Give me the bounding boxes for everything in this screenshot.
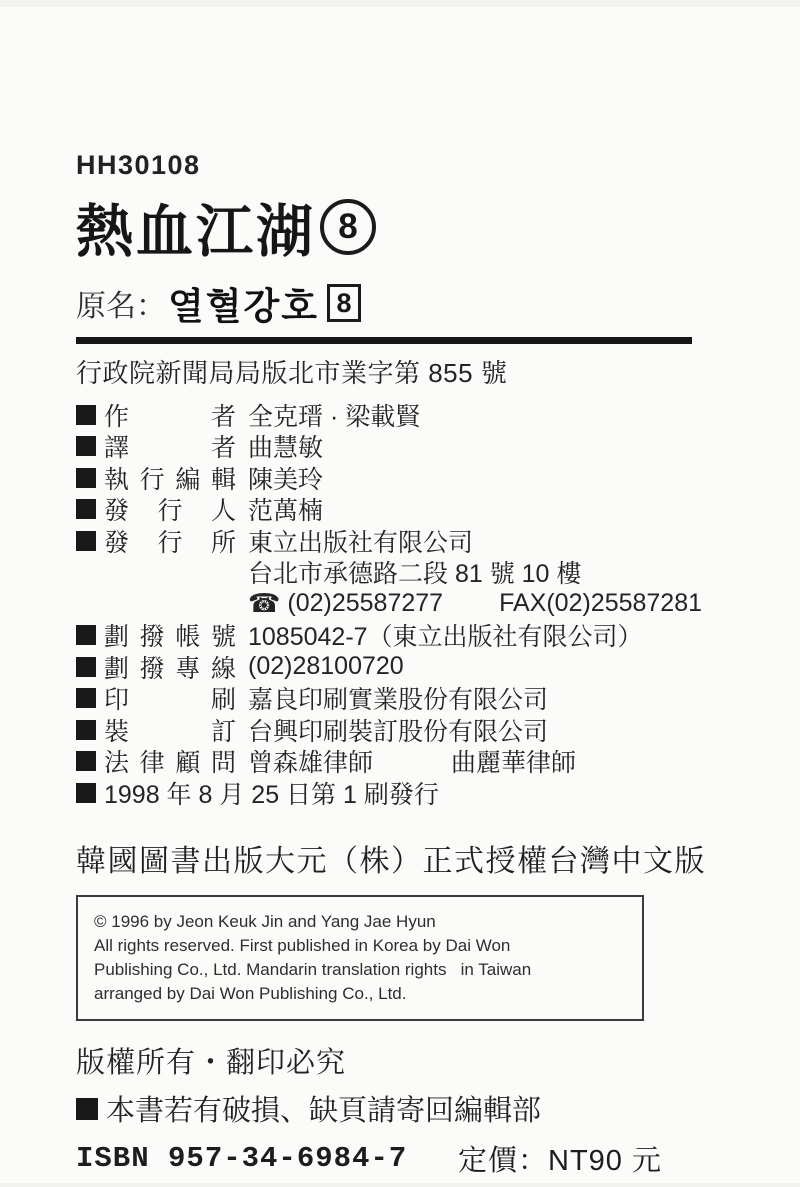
row-author: 作者 全克瑨 · 梁載賢 xyxy=(76,399,736,431)
row-value: 1085042-7（東立出版社有限公司） xyxy=(248,617,643,653)
copyright-line: All rights reserved. First published in … xyxy=(94,934,630,958)
square-bullet-icon xyxy=(76,405,96,425)
price: 定價：NT90 元 xyxy=(458,1138,662,1179)
square-bullet-icon xyxy=(76,1098,98,1120)
rights-statement: 版權所有・翻印必究 xyxy=(76,1040,736,1081)
copyright-line: Publishing Co., Ltd. Mandarin translatio… xyxy=(94,958,630,982)
volume-circle-badge: 8 xyxy=(320,199,376,255)
row-publication-date: 1998 年 8 月 25 日第 1 刷發行 xyxy=(76,777,736,809)
row-label: 發行所 xyxy=(104,523,236,559)
square-bullet-icon xyxy=(76,625,96,645)
square-bullet-icon xyxy=(76,688,96,708)
row-legal-advisors: 法律顧問 曾森雄律師 曲麗華律師 xyxy=(76,746,736,778)
colophon-page: HH30108 熱血江湖 8 原名： 열혈강호 8 行政院新聞局局版北市業字第 … xyxy=(0,0,800,1187)
book-title: 熱血江湖 xyxy=(76,186,316,268)
original-title-korean: 열혈강호 xyxy=(168,276,319,330)
authorization-line: 韓國圖書出版大元（株）正式授權台灣中文版 xyxy=(76,836,736,880)
book-title-line: 熱血江湖 8 xyxy=(76,186,736,268)
license-number: 行政院新聞局局版北市業字第 855 號 xyxy=(76,353,736,390)
square-bullet-icon xyxy=(76,468,96,488)
row-translator: 譯者 曲慧敏 xyxy=(76,431,736,463)
row-value: (02)28100720 xyxy=(248,652,404,681)
copyright-box: © 1996 by Jeon Keuk Jin and Yang Jae Hyu… xyxy=(76,895,644,1022)
return-notice-line: 本書若有破損、缺頁請寄回編輯部 xyxy=(76,1088,736,1129)
row-executive-editor: 執行編輯 陳美玲 xyxy=(76,462,736,494)
original-title-line: 原名： 열혈강호 8 xyxy=(76,276,736,330)
phone-number: (02)25587277 xyxy=(287,589,443,618)
page-content: HH30108 熱血江湖 8 原名： 열혈강호 8 行政院新聞局局版北市業字第 … xyxy=(76,150,736,1179)
square-bullet-icon xyxy=(76,499,96,519)
row-printer: 印刷 嘉良印刷實業股份有限公司 xyxy=(76,683,736,715)
row-publisher-phone: ☎ (02)25587277 FAX(02)25587281 xyxy=(76,588,736,620)
square-bullet-icon xyxy=(76,436,96,456)
original-volume-box-badge: 8 xyxy=(327,284,361,322)
divider-rule xyxy=(76,337,692,344)
row-publishing-house: 發行所 東立出版社有限公司 xyxy=(76,525,736,557)
copyright-line: arranged by Dai Won Publishing Co., Ltd. xyxy=(94,982,630,1006)
isbn-price-line: ISBN 957-34-6984-7 定價：NT90 元 xyxy=(76,1138,662,1179)
book-code: HH30108 xyxy=(76,150,736,181)
row-postal-account: 劃撥帳號 1085042-7（東立出版社有限公司） xyxy=(76,620,736,652)
copyright-line: © 1996 by Jeon Keuk Jin and Yang Jae Hyu… xyxy=(94,910,630,934)
square-bullet-icon xyxy=(76,657,96,677)
row-binder: 裝訂 台興印刷裝訂股份有限公司 xyxy=(76,714,736,746)
lawyer-name-2: 曲麗華律師 xyxy=(451,743,576,779)
row-publisher-address: 台北市承德路二段 81 號 10 樓 xyxy=(76,557,736,589)
row-postal-hotline: 劃撥專線 (02)28100720 xyxy=(76,651,736,683)
phone-icon: ☎ xyxy=(248,588,280,619)
row-value: 台北市承德路二段 81 號 10 樓 xyxy=(248,554,581,590)
original-title-label: 原名： xyxy=(76,281,166,325)
square-bullet-icon xyxy=(76,531,96,551)
isbn-number: ISBN 957-34-6984-7 xyxy=(76,1142,407,1175)
scan-edge-bottom xyxy=(0,1183,800,1187)
square-bullet-icon xyxy=(76,720,96,740)
return-notice: 本書若有破損、缺頁請寄回編輯部 xyxy=(106,1088,541,1129)
colophon-rows: 作者 全克瑨 · 梁載賢 譯者 曲慧敏 執行編輯 陳美玲 發行人 范萬楠 發行所 xyxy=(76,399,736,809)
square-bullet-icon xyxy=(76,783,96,803)
square-bullet-icon xyxy=(76,751,96,771)
scan-edge-top xyxy=(0,0,800,7)
publication-date: 1998 年 8 月 25 日第 1 刷發行 xyxy=(104,775,439,811)
fax-number: FAX(02)25587281 xyxy=(499,589,702,618)
row-publisher-person: 發行人 范萬楠 xyxy=(76,494,736,526)
